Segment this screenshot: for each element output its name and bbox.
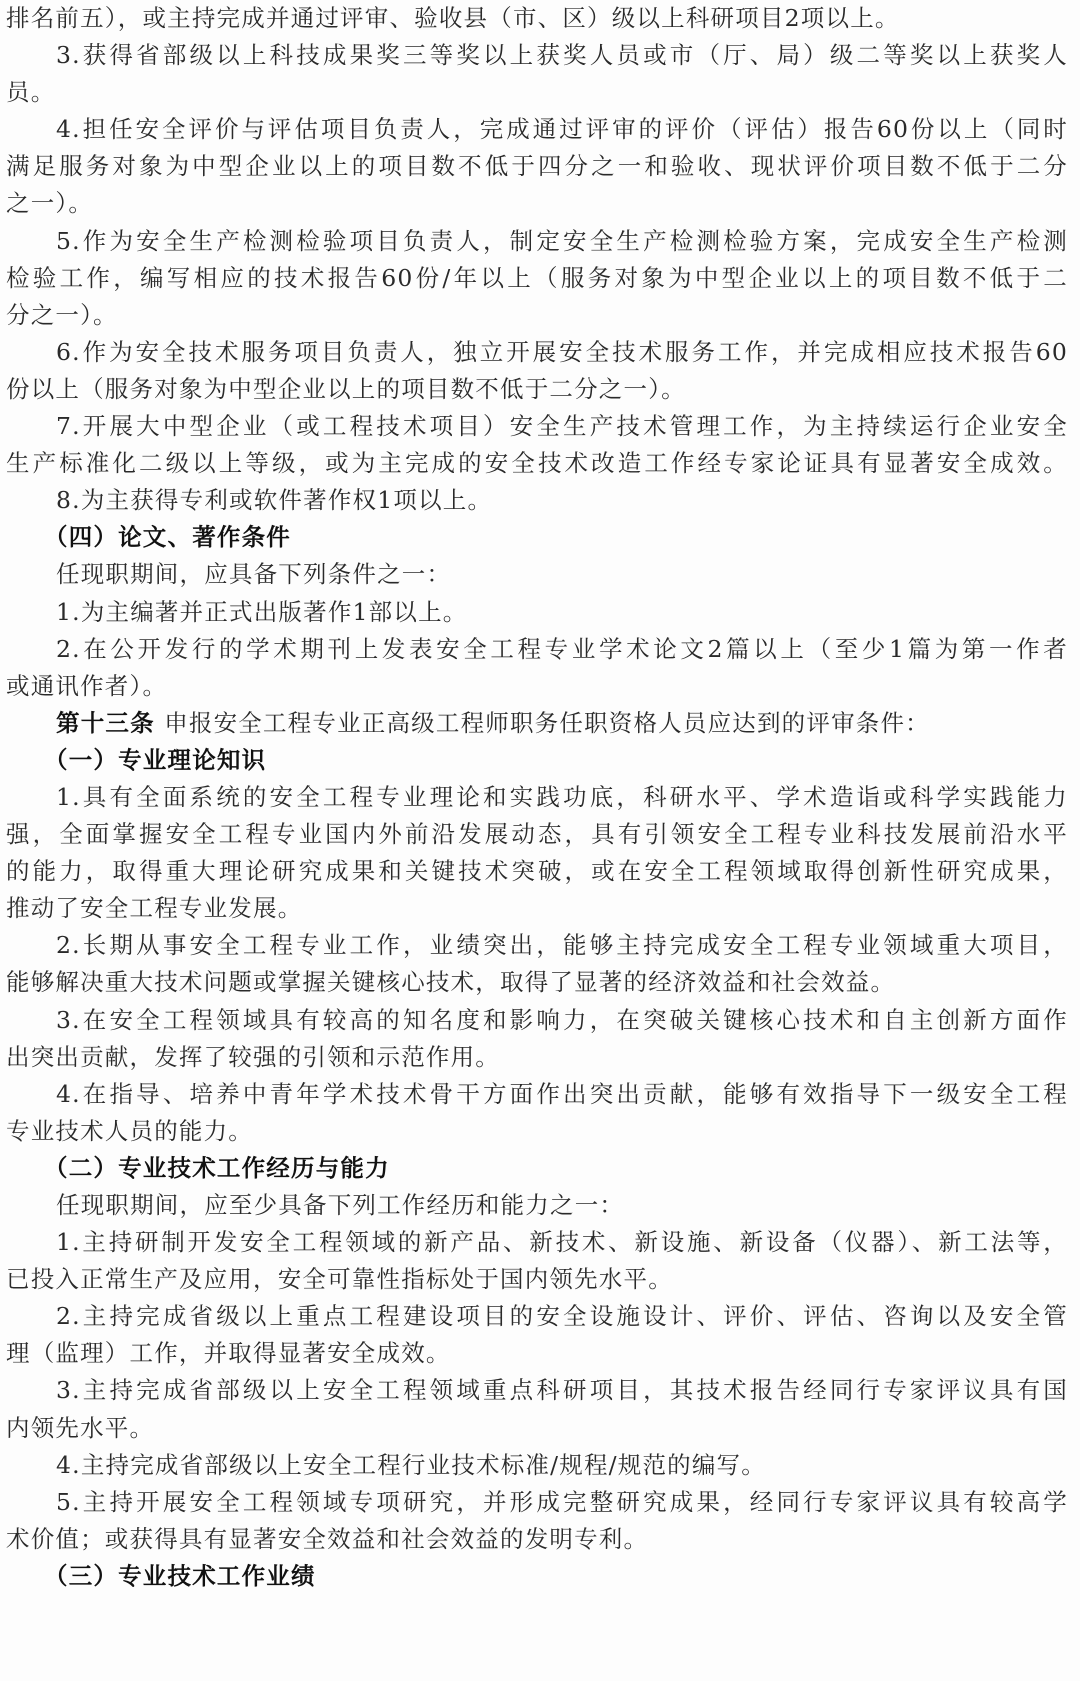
text-line: 1.具有全面系统的安全工程专业理论和实践功底，科研水平、学术造诣或科学实践能力 [6, 779, 1068, 816]
text-line: 或通讯作者）。 [6, 668, 1068, 705]
text-line: 4.主持完成省部级以上安全工程行业技术标准/规程/规范的编写。 [6, 1447, 1068, 1484]
text-line: 已投入正常生产及应用，安全可靠性指标处于国内领先水平。 [6, 1261, 1068, 1298]
text-line: 满足服务对象为中型企业以上的项目数不低于四分之一和验收、现状评价项目数不低于二分 [6, 148, 1068, 185]
text-line: 排名前五），或主持完成并通过评审、验收县（市、区）级以上科研项目2项以上。 [6, 0, 1068, 37]
article-line: 第十三条 申报安全工程专业正高级工程师职务任职资格人员应达到的评审条件： [6, 705, 1068, 742]
text-line: 6.作为安全技术服务项目负责人，独立开展安全技术服务工作，并完成相应技术报告60 [6, 334, 1068, 371]
document-page: 排名前五），或主持完成并通过评审、验收县（市、区）级以上科研项目2项以上。3.获… [0, 0, 1080, 1681]
text-line: 之一）。 [6, 185, 1068, 222]
text-line: 3.在安全工程领域具有较高的知名度和影响力，在突破关键核心技术和自主创新方面作 [6, 1002, 1068, 1039]
text-line: 员。 [6, 74, 1068, 111]
section-heading: （二）专业技术工作经历与能力 [6, 1150, 1068, 1187]
article-number: 第十三条 [56, 709, 164, 737]
text-line: 推动了安全工程专业发展。 [6, 890, 1068, 927]
text-line: 份以上（服务对象为中型企业以上的项目数不低于二分之一）。 [6, 371, 1068, 408]
section-heading: （四）论文、著作条件 [6, 519, 1068, 556]
text-line: 理（监理）工作，并取得显著安全成效。 [6, 1335, 1068, 1372]
document-body: 排名前五），或主持完成并通过评审、验收县（市、区）级以上科研项目2项以上。3.获… [6, 0, 1068, 1595]
text-line: 术价值；或获得具有显著安全效益和社会效益的发明专利。 [6, 1521, 1068, 1558]
text-line: 分之一）。 [6, 297, 1068, 334]
text-line: 3.获得省部级以上科技成果奖三等奖以上获奖人员或市（厅、局）级二等奖以上获奖人 [6, 37, 1068, 74]
text-line: 2.在公开发行的学术期刊上发表安全工程专业学术论文2篇以上（至少1篇为第一作者 [6, 631, 1068, 668]
text-line: 1.为主编著并正式出版著作1部以上。 [6, 594, 1068, 631]
text-line: 专业技术人员的能力。 [6, 1113, 1068, 1150]
text-line: 检验工作，编写相应的技术报告60份/年以上（服务对象为中型企业以上的项目数不低于… [6, 260, 1068, 297]
text-line: 1.主持研制开发安全工程领域的新产品、新技术、新设施、新设备（仪器）、新工法等， [6, 1224, 1068, 1261]
text-line: 2.主持完成省级以上重点工程建设项目的安全设施设计、评价、评估、咨询以及安全管 [6, 1298, 1068, 1335]
text-line: 4.在指导、培养中青年学术技术骨干方面作出突出贡献，能够有效指导下一级安全工程 [6, 1076, 1068, 1113]
text-line: 生产标准化二级以上等级，或为主完成的安全技术改造工作经专家论证具有显著安全成效。 [6, 445, 1068, 482]
text-line: 5.主持开展安全工程领域专项研究，并形成完整研究成果，经同行专家评议具有较高学 [6, 1484, 1068, 1521]
text-line: 能够解决重大技术问题或掌握关键核心技术，取得了显著的经济效益和社会效益。 [6, 964, 1068, 1001]
text-line: 2.长期从事安全工程专业工作，业绩突出，能够主持完成安全工程专业领域重大项目， [6, 927, 1068, 964]
text-line: 内领先水平。 [6, 1410, 1068, 1447]
text-line: 任现职期间，应具备下列条件之一： [6, 556, 1068, 593]
text-line: 5.作为安全生产检测检验项目负责人，制定安全生产检测检验方案，完成安全生产检测 [6, 223, 1068, 260]
text-line: 3.主持完成省部级以上安全工程领域重点科研项目，其技术报告经同行专家评议具有国 [6, 1372, 1068, 1409]
text-line: 任现职期间，应至少具备下列工作经历和能力之一： [6, 1187, 1068, 1224]
text-line: 8.为主获得专利或软件著作权1项以上。 [6, 482, 1068, 519]
section-heading: （三）专业技术工作业绩 [6, 1558, 1068, 1595]
text-line: 4.担任安全评价与评估项目负责人，完成通过评审的评价（评估）报告60份以上（同时 [6, 111, 1068, 148]
article-text: 申报安全工程专业正高级工程师职务任职资格人员应达到的评审条件： [164, 709, 930, 737]
section-heading: （一）专业理论知识 [6, 742, 1068, 779]
text-line: 7.开展大中型企业（或工程技术项目）安全生产技术管理工作，为主持续运行企业安全 [6, 408, 1068, 445]
text-line: 出突出贡献，发挥了较强的引领和示范作用。 [6, 1039, 1068, 1076]
text-line: 强，全面掌握安全工程专业国内外前沿发展动态，具有引领安全工程专业科技发展前沿水平 [6, 816, 1068, 853]
text-line: 的能力，取得重大理论研究成果和关键技术突破，或在安全工程领域取得创新性研究成果， [6, 853, 1068, 890]
